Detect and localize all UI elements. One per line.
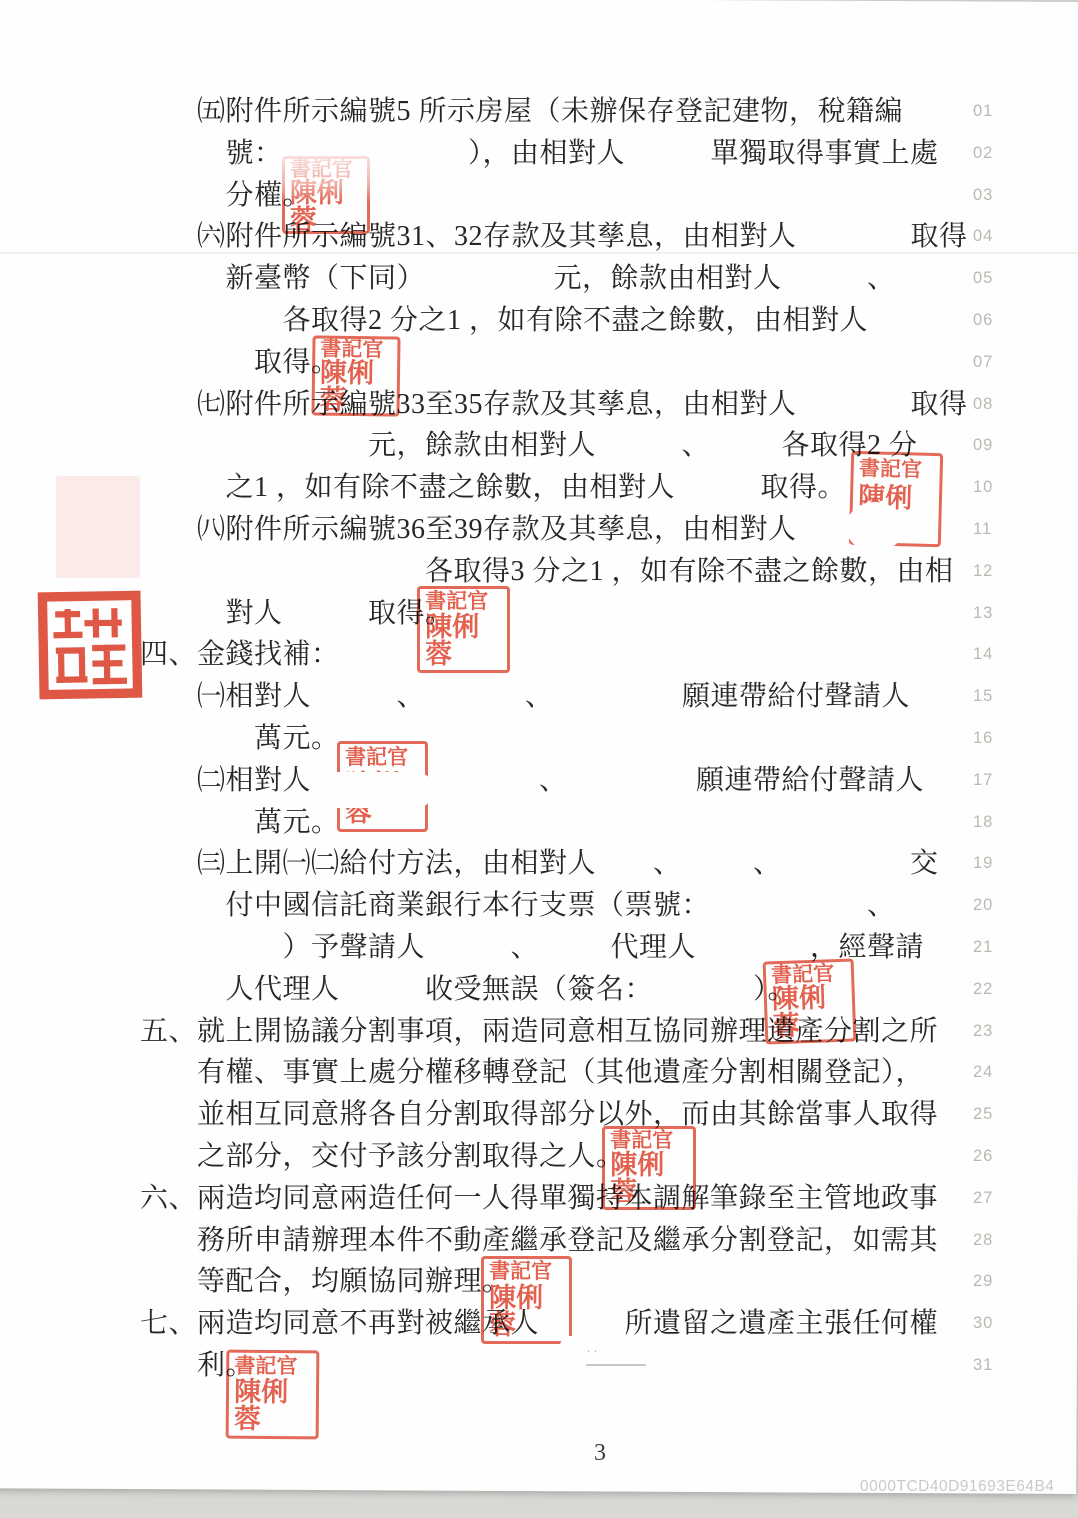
text-line: 有權、事實上處分權移轉登記（其他遺產分割相關登記）， bbox=[140, 1052, 976, 1094]
stamp-title: 書記官 bbox=[234, 1355, 311, 1377]
line-number: 20 bbox=[973, 885, 1013, 927]
clerk-stamp: 書記官 陳俐蓉 bbox=[282, 156, 370, 234]
doc-id: 0000TCD40D91693E64B4 bbox=[860, 1478, 1054, 1496]
stamp-title: 書記官 bbox=[290, 159, 362, 180]
line-number: 03 bbox=[973, 175, 1013, 217]
line-number: 05 bbox=[973, 258, 1013, 300]
line-number: 10 bbox=[973, 467, 1013, 509]
stamp-title: 書記官 bbox=[425, 591, 502, 612]
text-line: 六、兩造均同意兩造任何一人得單獨持本調解筆錄至主管地政事 bbox=[140, 1178, 976, 1220]
stamp-ghost bbox=[56, 476, 140, 578]
clerk-stamp: 書記官 陳俐蓉 bbox=[602, 1126, 696, 1210]
line-number: 13 bbox=[973, 593, 1013, 635]
signature-ghost: ·· bbox=[586, 1338, 646, 1366]
line-number: 16 bbox=[973, 718, 1013, 760]
line-number: 28 bbox=[973, 1220, 1013, 1262]
text-line: ㈡相對人 、 願連帶給付聲請人 bbox=[140, 760, 976, 802]
clerk-stamp: 書記官 陳俐蓉 bbox=[417, 586, 510, 673]
line-number: 14 bbox=[973, 634, 1013, 676]
line-number: 26 bbox=[973, 1136, 1013, 1178]
line-number: 23 bbox=[973, 1011, 1013, 1053]
seal-glyphs bbox=[37, 590, 143, 700]
page-content: ㈤附件所示編號5 所示房屋（未辦保存登記建物，稅籍編 號： ），由相對人 單獨取… bbox=[0, 0, 1078, 1518]
text-line: ㈤附件所示編號5 所示房屋（未辦保存登記建物，稅籍編 bbox=[140, 91, 976, 133]
line-number: 31 bbox=[973, 1345, 1013, 1387]
stamp-name: 陳俐蓉 bbox=[489, 1285, 564, 1339]
line-number: 27 bbox=[973, 1178, 1013, 1220]
clerk-stamp: 書記官 陳俐蓉 bbox=[226, 1350, 320, 1440]
line-number: 06 bbox=[973, 300, 1013, 342]
line-number: 25 bbox=[973, 1094, 1013, 1136]
stamp-title: 書記官 bbox=[489, 1261, 564, 1282]
text-line: ㈢上開㈠㈡給付方法，由相對人 、 、 交 bbox=[140, 843, 976, 885]
court-seal-stamp bbox=[37, 590, 143, 700]
clerk-stamp: 書記官 陳俐蓉 bbox=[311, 335, 400, 416]
line-number: 17 bbox=[973, 760, 1013, 802]
stamp-name: 陳俐蓉 bbox=[425, 614, 502, 668]
stamp-name: 陳俐蓉 bbox=[610, 1152, 687, 1206]
line-number: 24 bbox=[973, 1052, 1013, 1094]
text-line: 各取得3 分之1 ，如有除不盡之餘數，由相 bbox=[140, 551, 976, 593]
text-line: 號： ），由相對人 單獨取得事實上處 bbox=[140, 133, 976, 175]
stamp-name: 陳俐蓉 bbox=[234, 1379, 311, 1434]
line-number: 09 bbox=[973, 425, 1013, 467]
text-line: 之部分，交付予該分割取得之人。 bbox=[140, 1136, 976, 1178]
line-number: 22 bbox=[973, 969, 1013, 1011]
line-number: 12 bbox=[973, 551, 1013, 593]
text-line: 並相互同意將各自分割取得部分以外，而由其餘當事人取得 bbox=[140, 1094, 976, 1136]
redaction-mark bbox=[846, 502, 904, 552]
line-number: 07 bbox=[973, 342, 1013, 384]
text-line: ㈥附件所示編號31、32存款及其孳息，由相對人 取得 bbox=[140, 216, 976, 258]
text-line: 分權。 bbox=[140, 175, 976, 217]
line-number: 30 bbox=[973, 1303, 1013, 1345]
stamp-title: 書記官 bbox=[345, 747, 420, 768]
text-line: ㈠相對人 、 、 願連帶給付聲請人 bbox=[140, 676, 976, 718]
document-body: ㈤附件所示編號5 所示房屋（未辦保存登記建物，稅籍編 號： ），由相對人 單獨取… bbox=[140, 91, 976, 1387]
stamp-name: 陳俐蓉 bbox=[319, 359, 392, 414]
stamp-title: 書記官 bbox=[859, 458, 935, 481]
line-number: 11 bbox=[973, 509, 1013, 551]
line-number: 15 bbox=[973, 676, 1013, 718]
text-line: 萬元。 bbox=[140, 802, 976, 844]
text-line: 新臺幣（下同） 元，餘款由相對人 、 bbox=[140, 258, 976, 300]
clerk-stamp: 書記官 陳俐蓉 bbox=[481, 1256, 572, 1344]
text-line: 各取得2 分之1 ，如有除不盡之餘數，由相對人 bbox=[140, 300, 976, 342]
stamp-name: 陳俐蓉 bbox=[290, 180, 362, 234]
text-line: 四、金錢找補： bbox=[140, 634, 976, 676]
line-number: 08 bbox=[973, 384, 1013, 426]
clerk-stamp: 書記官 陳俐蓉 bbox=[763, 958, 857, 1044]
stamp-title: 書記官 bbox=[610, 1130, 687, 1151]
line-number: 21 bbox=[973, 927, 1013, 969]
line-number: 18 bbox=[973, 802, 1013, 844]
line-number: 19 bbox=[973, 843, 1013, 885]
line-number: 29 bbox=[973, 1261, 1013, 1303]
redaction-mark bbox=[316, 772, 434, 808]
line-number-column: 0102030405060708091011121314151617181920… bbox=[973, 91, 1013, 1387]
stamp-name: 陳俐蓉 bbox=[772, 984, 849, 1041]
line-number: 04 bbox=[973, 216, 1013, 258]
text-line: 萬元。 bbox=[140, 718, 976, 760]
text-line: 取得。 bbox=[140, 342, 976, 384]
text-line: ㈦附件所示編號33至35存款及其孳息，由相對人 取得 bbox=[140, 384, 976, 426]
text-line: 對人 取得。 bbox=[140, 593, 976, 635]
line-number: 02 bbox=[973, 133, 1013, 175]
line-number: 01 bbox=[973, 91, 1013, 133]
text-line: 付中國信託商業銀行本行支票（票號： 、 bbox=[140, 885, 976, 927]
page-number: 3 bbox=[560, 1440, 640, 1467]
scanned-document: { "document": { "lines": [ {"no":"01","t… bbox=[0, 0, 1078, 1518]
